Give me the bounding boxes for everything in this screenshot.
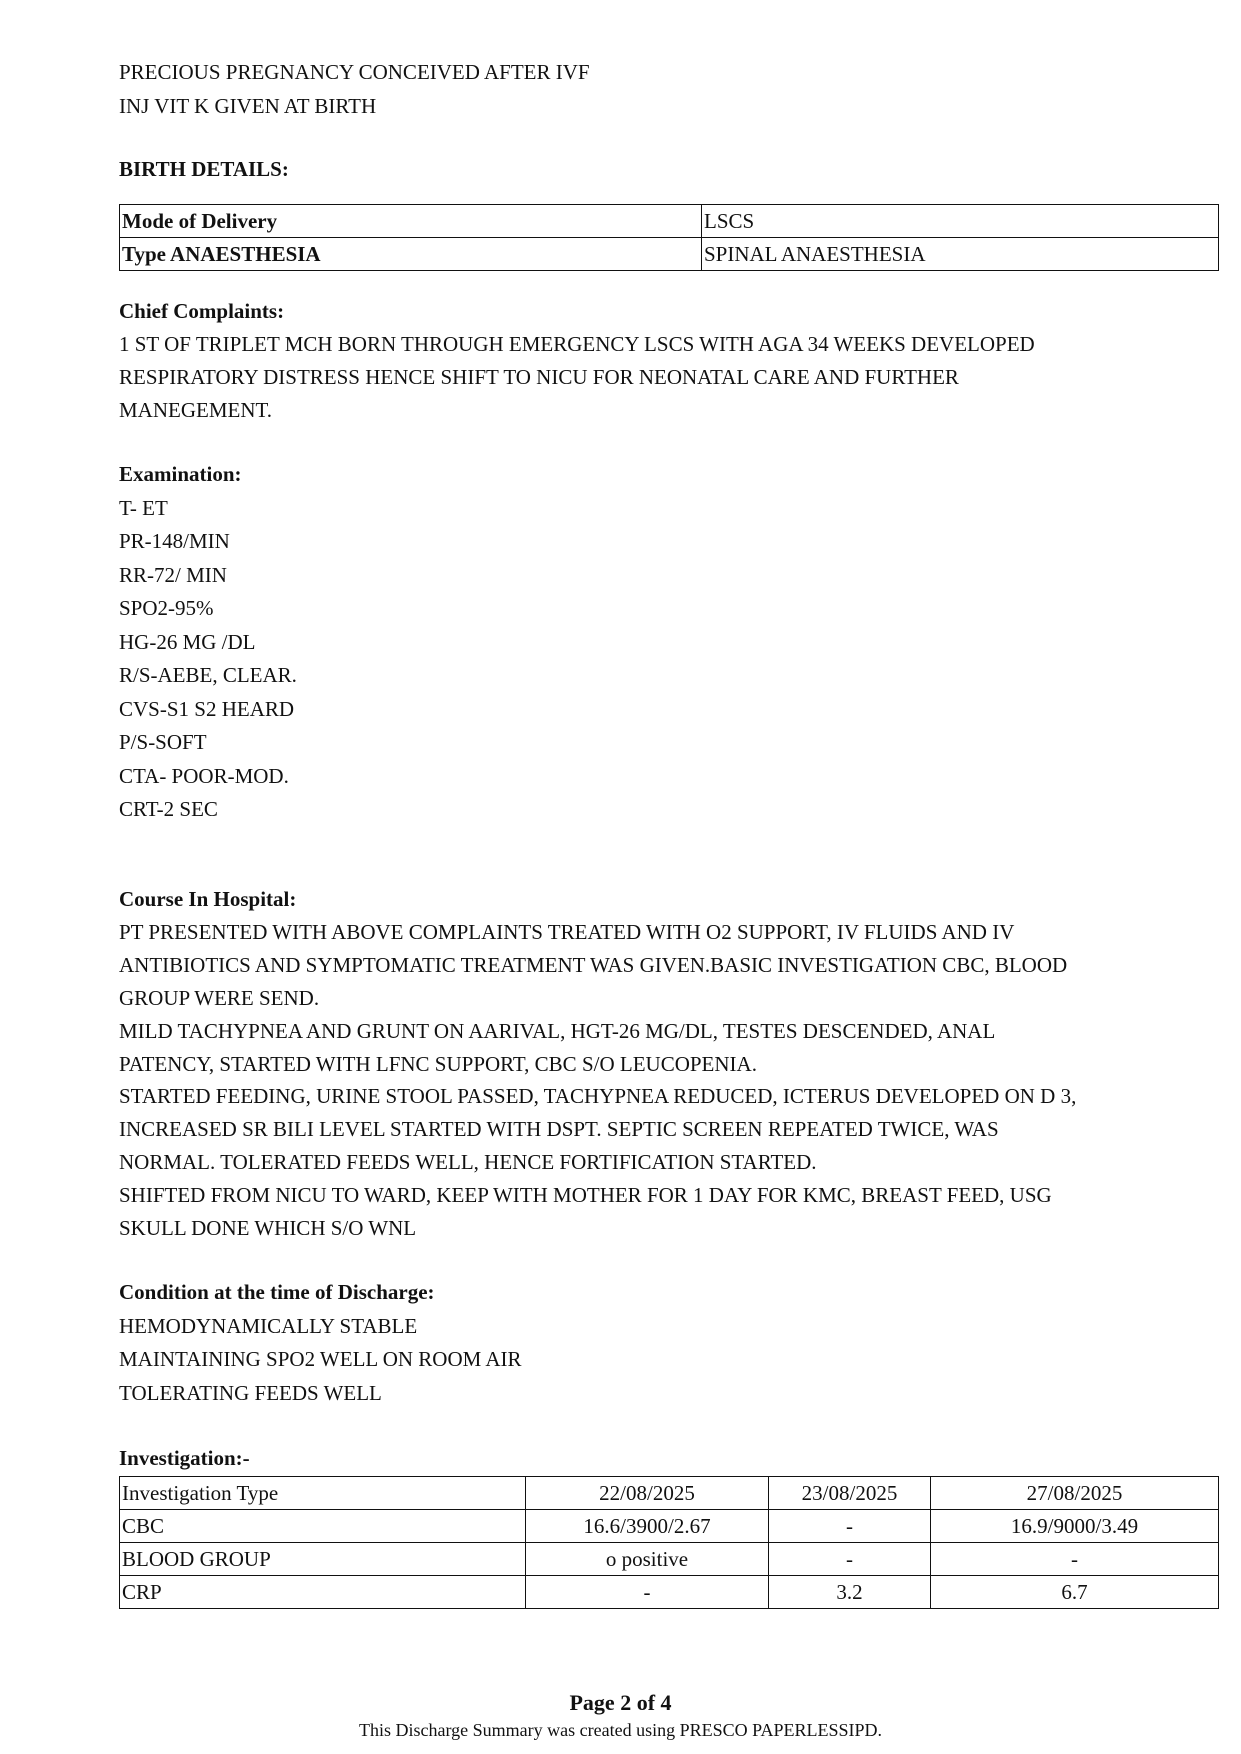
table-row: Type ANAESTHESIA SPINAL ANAESTHESIA (120, 237, 1219, 270)
table-cell: BLOOD GROUP (120, 1542, 526, 1575)
course-line: INCREASED SR BILI LEVEL STARTED WITH DSP… (119, 1113, 1219, 1146)
table-cell: CRP (120, 1575, 526, 1608)
course-line: SKULL DONE WHICH S/O WNL (119, 1212, 1219, 1245)
course-line: SHIFTED FROM NICU TO WARD, KEEP WITH MOT… (119, 1179, 1219, 1212)
table-cell: o positive (526, 1542, 769, 1575)
examination-line: RR-72/ MIN (119, 559, 1219, 593)
birth-details-heading: BIRTH DETAILS: (119, 153, 1219, 187)
birth-details-table: Mode of Delivery LSCS Type ANAESTHESIA S… (119, 204, 1219, 271)
column-header: 23/08/2025 (769, 1476, 931, 1509)
investigation-table: Investigation Type 22/08/2025 23/08/2025… (119, 1476, 1219, 1609)
examination-line: HG-26 MG /DL (119, 626, 1219, 660)
table-row: CBC 16.6/3900/2.67 - 16.9/9000/3.49 (120, 1509, 1219, 1542)
table-cell: 16.6/3900/2.67 (526, 1509, 769, 1542)
examination-line: R/S-AEBE, CLEAR. (119, 659, 1219, 693)
chief-complaints-line: RESPIRATORY DISTRESS HENCE SHIFT TO NICU… (119, 361, 1219, 394)
discharge-summary-page: PRECIOUS PREGNANCY CONCEIVED AFTER IVF I… (119, 56, 1219, 1609)
examination-line: T- ET (119, 492, 1219, 526)
table-cell: - (769, 1542, 931, 1575)
table-cell: - (931, 1542, 1219, 1575)
table-cell: - (769, 1509, 931, 1542)
footer-credit: This Discharge Summary was created using… (0, 1720, 1241, 1741)
page-number: Page 2 of 4 (0, 1690, 1241, 1716)
birth-detail-value: SPINAL ANAESTHESIA (702, 237, 1219, 270)
discharge-condition-line: HEMODYNAMICALLY STABLE (119, 1310, 1219, 1344)
course-line: PATENCY, STARTED WITH LFNC SUPPORT, CBC … (119, 1048, 1219, 1081)
course-line: GROUP WERE SEND. (119, 982, 1219, 1015)
examination-line: PR-148/MIN (119, 525, 1219, 559)
birth-detail-label: Type ANAESTHESIA (120, 237, 702, 270)
chief-complaints-line: MANEGEMENT. (119, 394, 1219, 427)
column-header: 22/08/2025 (526, 1476, 769, 1509)
course-line: ANTIBIOTICS AND SYMPTOMATIC TREATMENT WA… (119, 949, 1219, 982)
course-line: PT PRESENTED WITH ABOVE COMPLAINTS TREAT… (119, 916, 1219, 949)
examination-line: CRT-2 SEC (119, 793, 1219, 827)
chief-complaints-line: 1 ST OF TRIPLET MCH BORN THROUGH EMERGEN… (119, 328, 1219, 361)
intro-line: PRECIOUS PREGNANCY CONCEIVED AFTER IVF (119, 56, 1219, 90)
table-row: CRP - 3.2 6.7 (120, 1575, 1219, 1608)
table-cell: CBC (120, 1509, 526, 1542)
chief-complaints-heading: Chief Complaints: (119, 295, 1219, 329)
birth-detail-label: Mode of Delivery (120, 204, 702, 237)
discharge-condition-line: TOLERATING FEEDS WELL (119, 1377, 1219, 1411)
table-cell: 3.2 (769, 1575, 931, 1608)
birth-detail-value: LSCS (702, 204, 1219, 237)
column-header: Investigation Type (120, 1476, 526, 1509)
intro-line: INJ VIT K GIVEN AT BIRTH (119, 90, 1219, 124)
table-cell: 16.9/9000/3.49 (931, 1509, 1219, 1542)
table-cell: - (526, 1575, 769, 1608)
course-line: MILD TACHYPNEA AND GRUNT ON AARIVAL, HGT… (119, 1015, 1219, 1048)
table-header-row: Investigation Type 22/08/2025 23/08/2025… (120, 1476, 1219, 1509)
examination-heading: Examination: (119, 458, 1219, 492)
discharge-condition-line: MAINTAINING SPO2 WELL ON ROOM AIR (119, 1343, 1219, 1377)
column-header: 27/08/2025 (931, 1476, 1219, 1509)
table-row: BLOOD GROUP o positive - - (120, 1542, 1219, 1575)
table-row: Mode of Delivery LSCS (120, 204, 1219, 237)
examination-line: CVS-S1 S2 HEARD (119, 693, 1219, 727)
examination-line: CTA- POOR-MOD. (119, 760, 1219, 794)
course-line: STARTED FEEDING, URINE STOOL PASSED, TAC… (119, 1080, 1219, 1113)
discharge-condition-heading: Condition at the time of Discharge: (119, 1276, 1219, 1310)
examination-line: P/S-SOFT (119, 726, 1219, 760)
course-line: NORMAL. TOLERATED FEEDS WELL, HENCE FORT… (119, 1146, 1219, 1179)
course-in-hospital-heading: Course In Hospital: (119, 883, 1219, 917)
examination-line: SPO2-95% (119, 592, 1219, 626)
investigation-heading: Investigation:- (119, 1442, 1219, 1476)
table-cell: 6.7 (931, 1575, 1219, 1608)
